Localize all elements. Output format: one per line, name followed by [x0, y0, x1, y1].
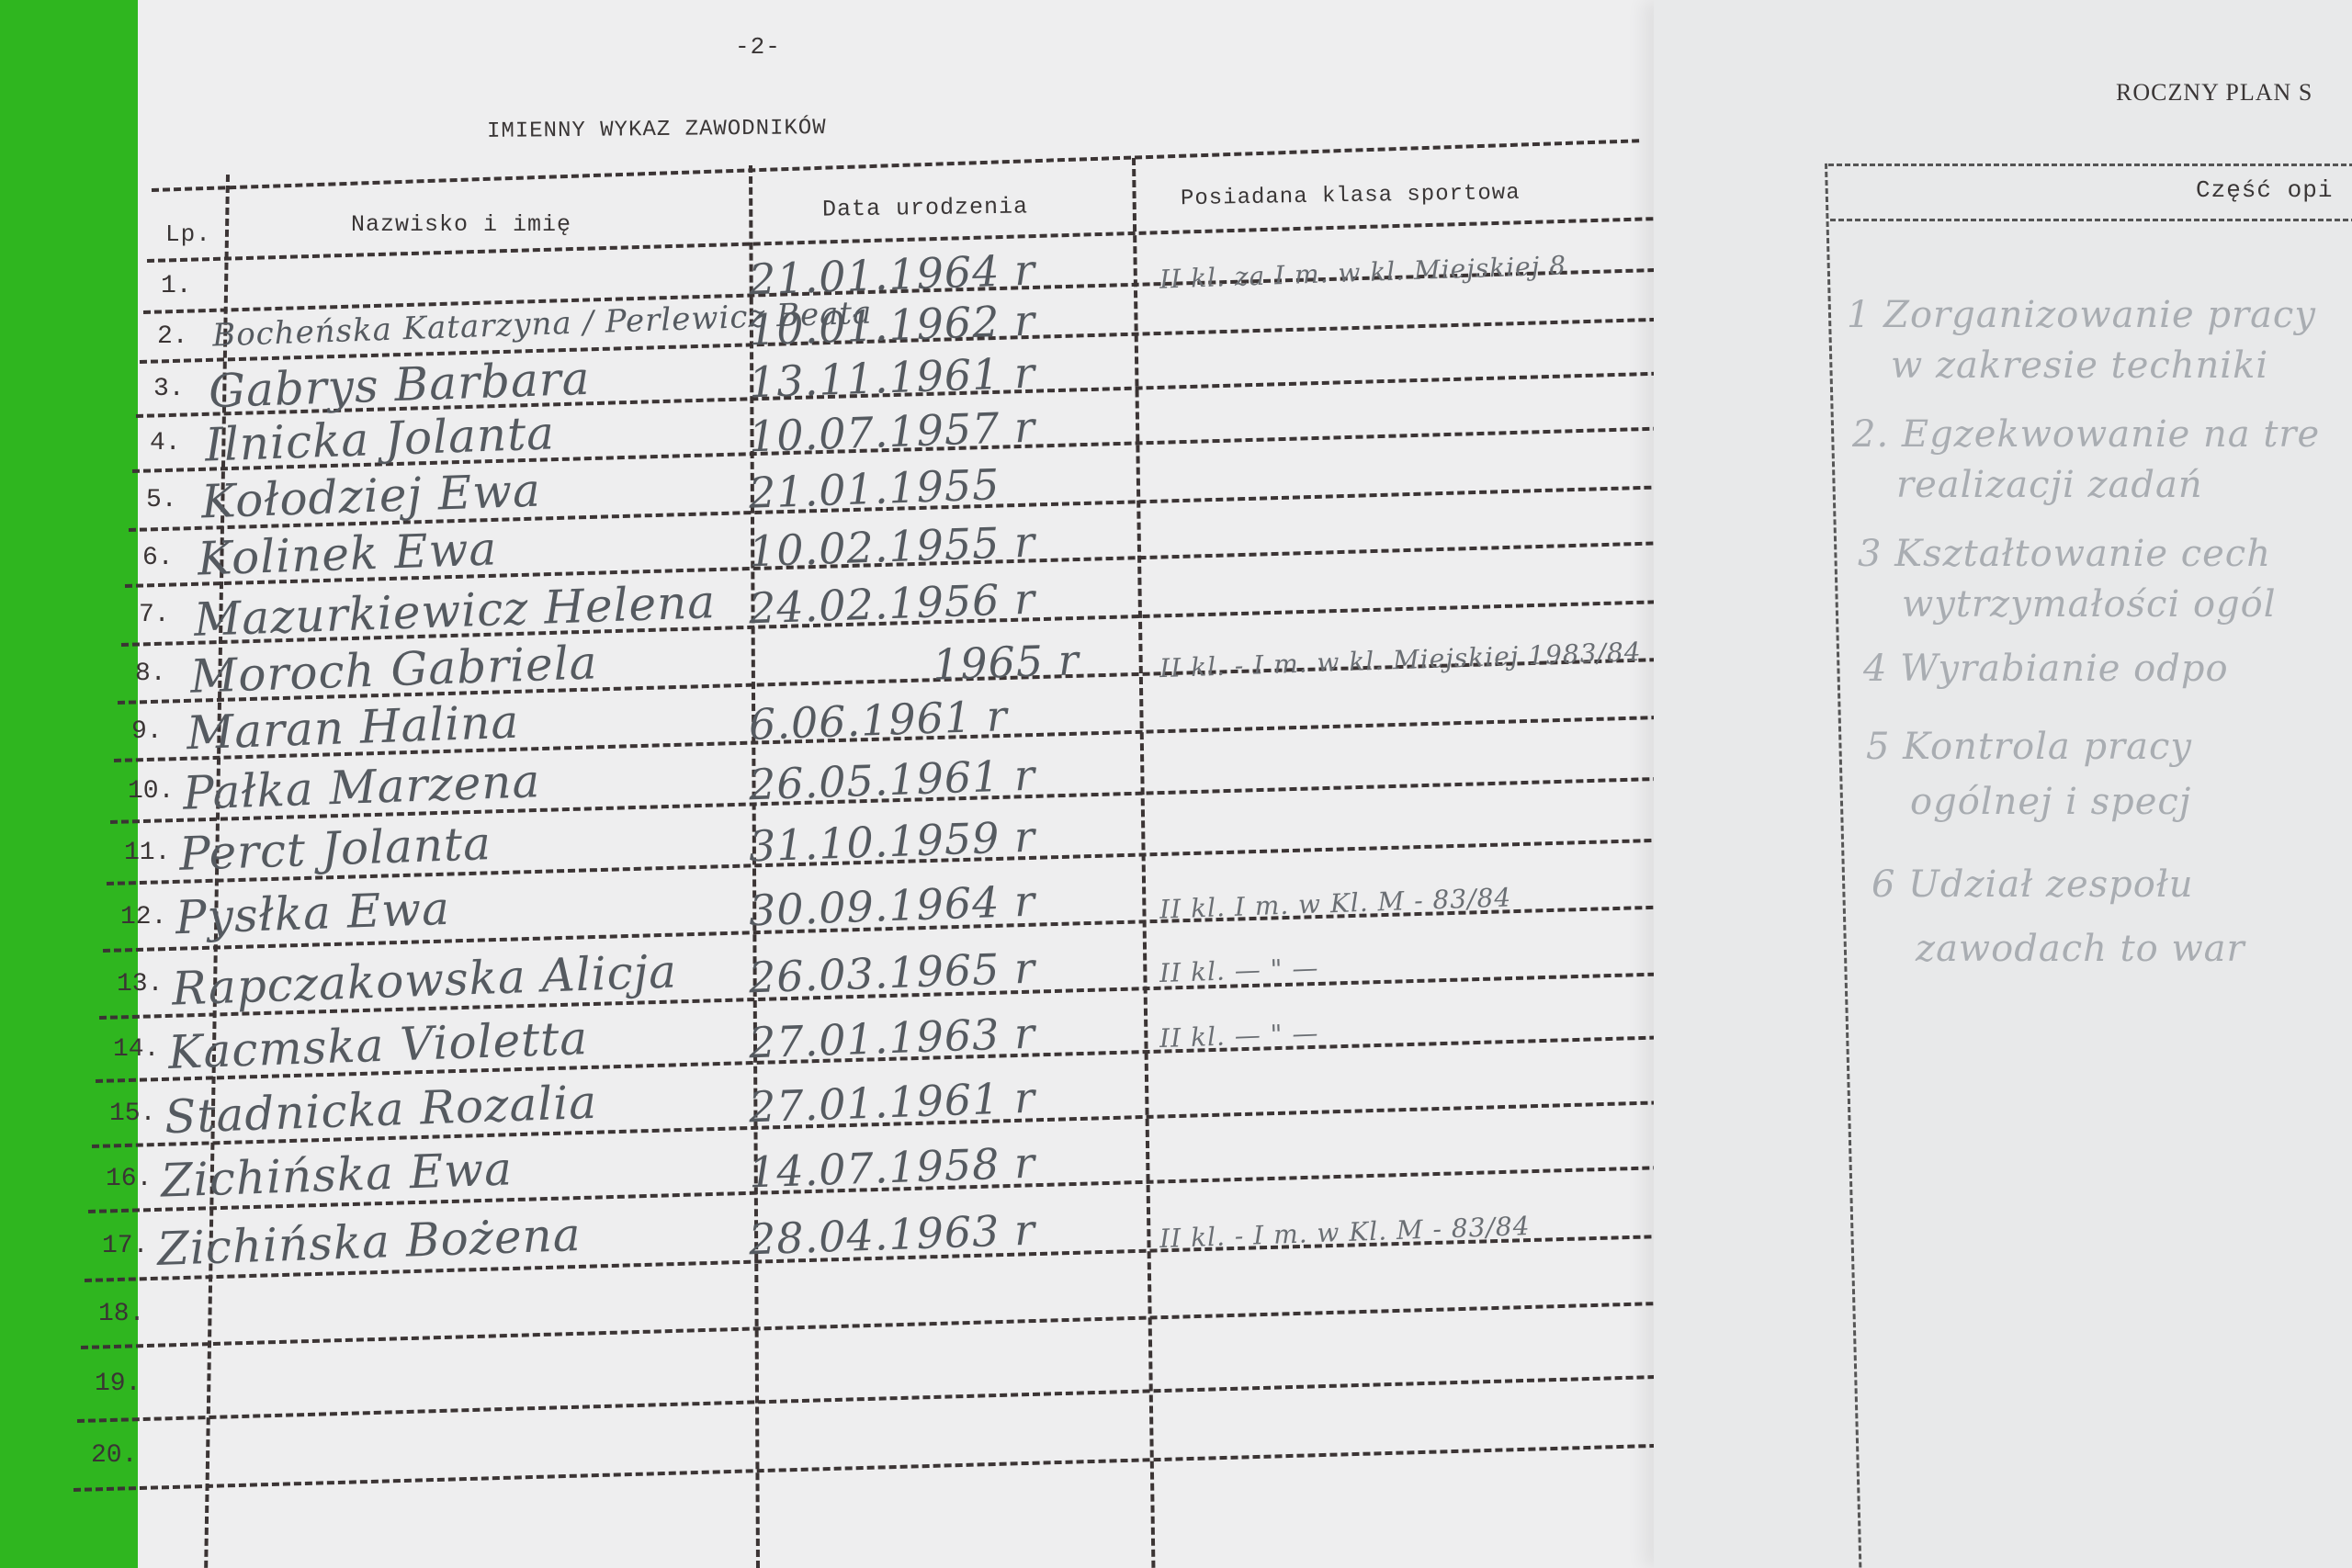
plan-item: 4 Wyrabianie odpo [1863, 648, 2229, 690]
athlete-name: Maran Halina [186, 694, 520, 760]
row-number: 17. [102, 1232, 148, 1260]
row-divider [73, 1443, 1690, 1492]
birth-date: 31.10.1959 r [748, 811, 1036, 871]
plan-item: wytrzymałości ogól [1902, 583, 2277, 626]
section-header: Część opi [2196, 176, 2333, 204]
row-number: 9. [131, 717, 163, 746]
row-number: 16. [106, 1165, 152, 1193]
sport-class: II kl. - I m. w Kl. M - 83/84 [1159, 1210, 1531, 1253]
plan-item: 6 Udział zespołu [1871, 863, 2194, 906]
plan-item: realizacji zadań [1896, 464, 2203, 506]
birth-date: 26.03.1965 r [748, 942, 1036, 1002]
document-title: IMIENNY WYKAZ ZAWODNIKÓW [487, 116, 827, 144]
birth-date: 26.05.1961 r [748, 750, 1036, 809]
row-divider [77, 1374, 1688, 1423]
row-number: 4. [150, 429, 181, 457]
row-number: 11. [124, 839, 170, 867]
birth-date: 21.01.1964 r [748, 245, 1036, 305]
right-table-header-border [1830, 219, 2352, 221]
sport-class: II kl. — " — [1159, 1017, 1318, 1053]
row-divider [81, 1301, 1686, 1349]
row-number: 5. [146, 486, 177, 514]
birth-date: 30.09.1964 r [748, 875, 1036, 935]
birth-date: 13.11.1961 r [748, 347, 1036, 407]
row-number: 12. [120, 903, 166, 931]
right-table-left-border [1825, 164, 1861, 1568]
birth-date: 1965 r [932, 635, 1080, 690]
row-number: 19. [95, 1370, 141, 1398]
row-number: 13. [117, 970, 163, 998]
column-header-birth: Data urodzenia [822, 193, 1028, 222]
birth-date: 10.02.1955 r [748, 516, 1036, 576]
birth-date: 6.06.1961 r [748, 691, 1008, 750]
right-table-top-border [1828, 164, 2352, 166]
plan-item: zawodach to war [1916, 928, 2245, 970]
birth-date: 21.01.1955 [748, 459, 1001, 518]
birth-date: 27.01.1961 r [748, 1072, 1036, 1132]
plan-item: 2. Egzekwowanie na tre [1852, 413, 2320, 456]
column-header-class: Posiadana klasa sportowa [1181, 181, 1521, 211]
birth-date: 28.04.1963 r [748, 1204, 1036, 1264]
sport-class: II kl. I m. w Kl. M - 83/84 [1159, 882, 1512, 924]
row-number: 6. [142, 544, 174, 572]
plan-item: 1 Zorganizowanie pracy [1847, 294, 2316, 336]
right-page-title: ROCZNY PLAN S [2116, 79, 2312, 107]
athlete-name: Mazurkiewicz Helena [193, 575, 717, 647]
plan-item: w zakresie techniki [1891, 344, 2268, 387]
athlete-name: Kolinek Ewa [197, 522, 498, 585]
sport-class: II kl. - I m. w kl. Miejskiej 1983/84 [1159, 636, 1642, 682]
sport-class: II kl. — " — [1159, 952, 1318, 987]
row-number: 18. [98, 1300, 144, 1328]
birth-date: 24.02.1956 r [748, 574, 1036, 634]
document-page-right: ROCZNY PLAN S Część opi 1 Zorganizowanie… [1654, 0, 2352, 1568]
plan-item: 3 Kształtowanie cech [1858, 533, 2271, 575]
row-number: 20. [91, 1441, 137, 1470]
row-number: 14. [113, 1035, 159, 1064]
plan-item: ogólnej i specj [1910, 781, 2191, 823]
page-number: -2- [735, 33, 781, 61]
row-number: 1. [161, 272, 192, 300]
row-number: 2. [157, 322, 188, 351]
athlete-name: Perct Jolanta [178, 817, 492, 881]
athlete-name: Pysłka Ewa [175, 881, 451, 943]
row-number: 10. [128, 777, 174, 806]
plan-item: 5 Kontrola pracy [1866, 726, 2192, 768]
birth-date: 14.07.1958 r [748, 1137, 1036, 1197]
row-number: 8. [135, 660, 166, 688]
row-number: 7. [139, 601, 170, 629]
document-page-left: -2- IMIENNY WYKAZ ZAWODNIKÓW Lp. Nazwisk… [138, 0, 1736, 1568]
birth-date: 27.01.1963 r [748, 1008, 1036, 1067]
column-header-name: Nazwisko i imię [351, 211, 571, 238]
sport-class: II kl. za I m. w kl. Miejskiej 8 [1159, 250, 1567, 294]
column-header-lp: Lp. [165, 220, 211, 248]
athlete-name: Zichińska Bożena [156, 1207, 582, 1275]
birth-date: 10.07.1957 r [748, 402, 1036, 462]
birth-date: 10.01.1962 r [748, 296, 1036, 355]
row-number: 15. [109, 1100, 155, 1128]
column-divider-birth [1132, 158, 1155, 1568]
row-number: 3. [153, 375, 185, 403]
